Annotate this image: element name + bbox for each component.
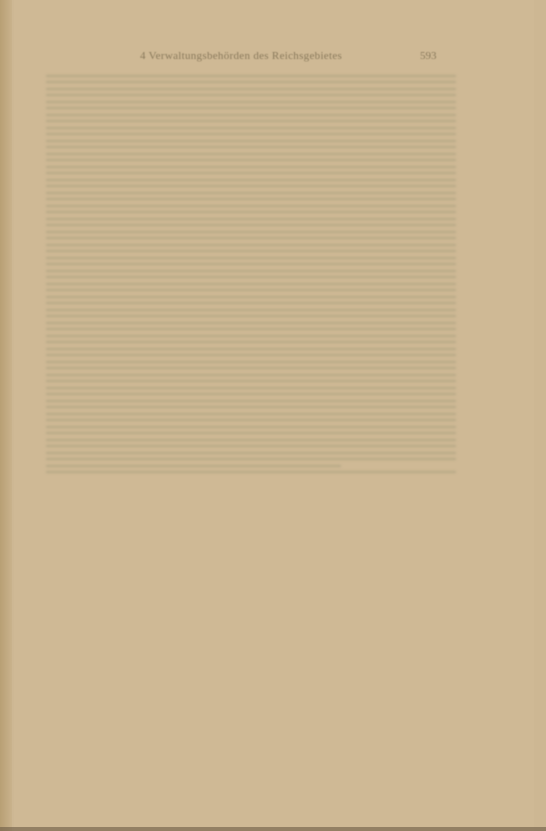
text-line [46, 413, 456, 415]
text-line [46, 250, 456, 252]
text-line [46, 244, 456, 246]
text-line [46, 335, 456, 337]
text-line [46, 127, 456, 129]
text-line [46, 257, 456, 259]
text-line [46, 361, 456, 363]
text-line [46, 315, 456, 317]
text-line [46, 458, 456, 460]
text-line [46, 120, 456, 122]
text-line [46, 302, 456, 304]
text-line [46, 354, 456, 356]
text-line [46, 172, 456, 174]
text-line [46, 166, 456, 168]
text-line [46, 465, 341, 467]
text-line [46, 231, 456, 233]
text-line [46, 270, 456, 272]
text-line [46, 426, 456, 428]
text-line [46, 367, 456, 369]
text-line [46, 114, 456, 116]
text-line [46, 101, 456, 103]
text-line [46, 283, 456, 285]
text-line [46, 133, 456, 135]
text-line [46, 237, 456, 239]
text-line [46, 471, 456, 473]
text-line [46, 374, 456, 376]
text-line [46, 276, 456, 278]
text-line [46, 393, 456, 395]
text-line [46, 198, 456, 200]
text-line [46, 75, 456, 77]
text-line [46, 263, 456, 265]
text-line [46, 205, 456, 207]
text-line [46, 88, 456, 90]
text-line [46, 159, 456, 161]
text-line [46, 452, 456, 454]
text-line [46, 432, 456, 434]
text-line [46, 192, 456, 194]
text-line [46, 380, 456, 382]
text-line [46, 328, 456, 330]
text-line [46, 224, 456, 226]
text-line [46, 445, 456, 447]
book-spine-shadow [0, 0, 12, 831]
page-number: 593 [420, 50, 437, 62]
text-line [46, 348, 456, 350]
text-line [46, 81, 456, 83]
text-line [46, 439, 456, 441]
text-line [46, 94, 456, 96]
text-line [46, 146, 456, 148]
text-line [46, 322, 456, 324]
text-line [46, 107, 456, 109]
text-line [46, 153, 456, 155]
text-line [46, 296, 456, 298]
text-line [46, 140, 456, 142]
text-line [46, 218, 456, 220]
running-header: 4 Verwaltungsbehörden des Reichsgebietes [140, 50, 460, 64]
text-line [46, 419, 456, 421]
text-line [46, 185, 456, 187]
text-line [46, 406, 456, 408]
text-line [46, 179, 456, 181]
text-line [46, 309, 456, 311]
text-line [46, 289, 456, 291]
text-line [46, 400, 456, 402]
body-text-block [46, 70, 456, 478]
text-line [46, 387, 456, 389]
page-bottom-edge [0, 827, 546, 831]
text-line [46, 211, 456, 213]
text-line [46, 341, 456, 343]
